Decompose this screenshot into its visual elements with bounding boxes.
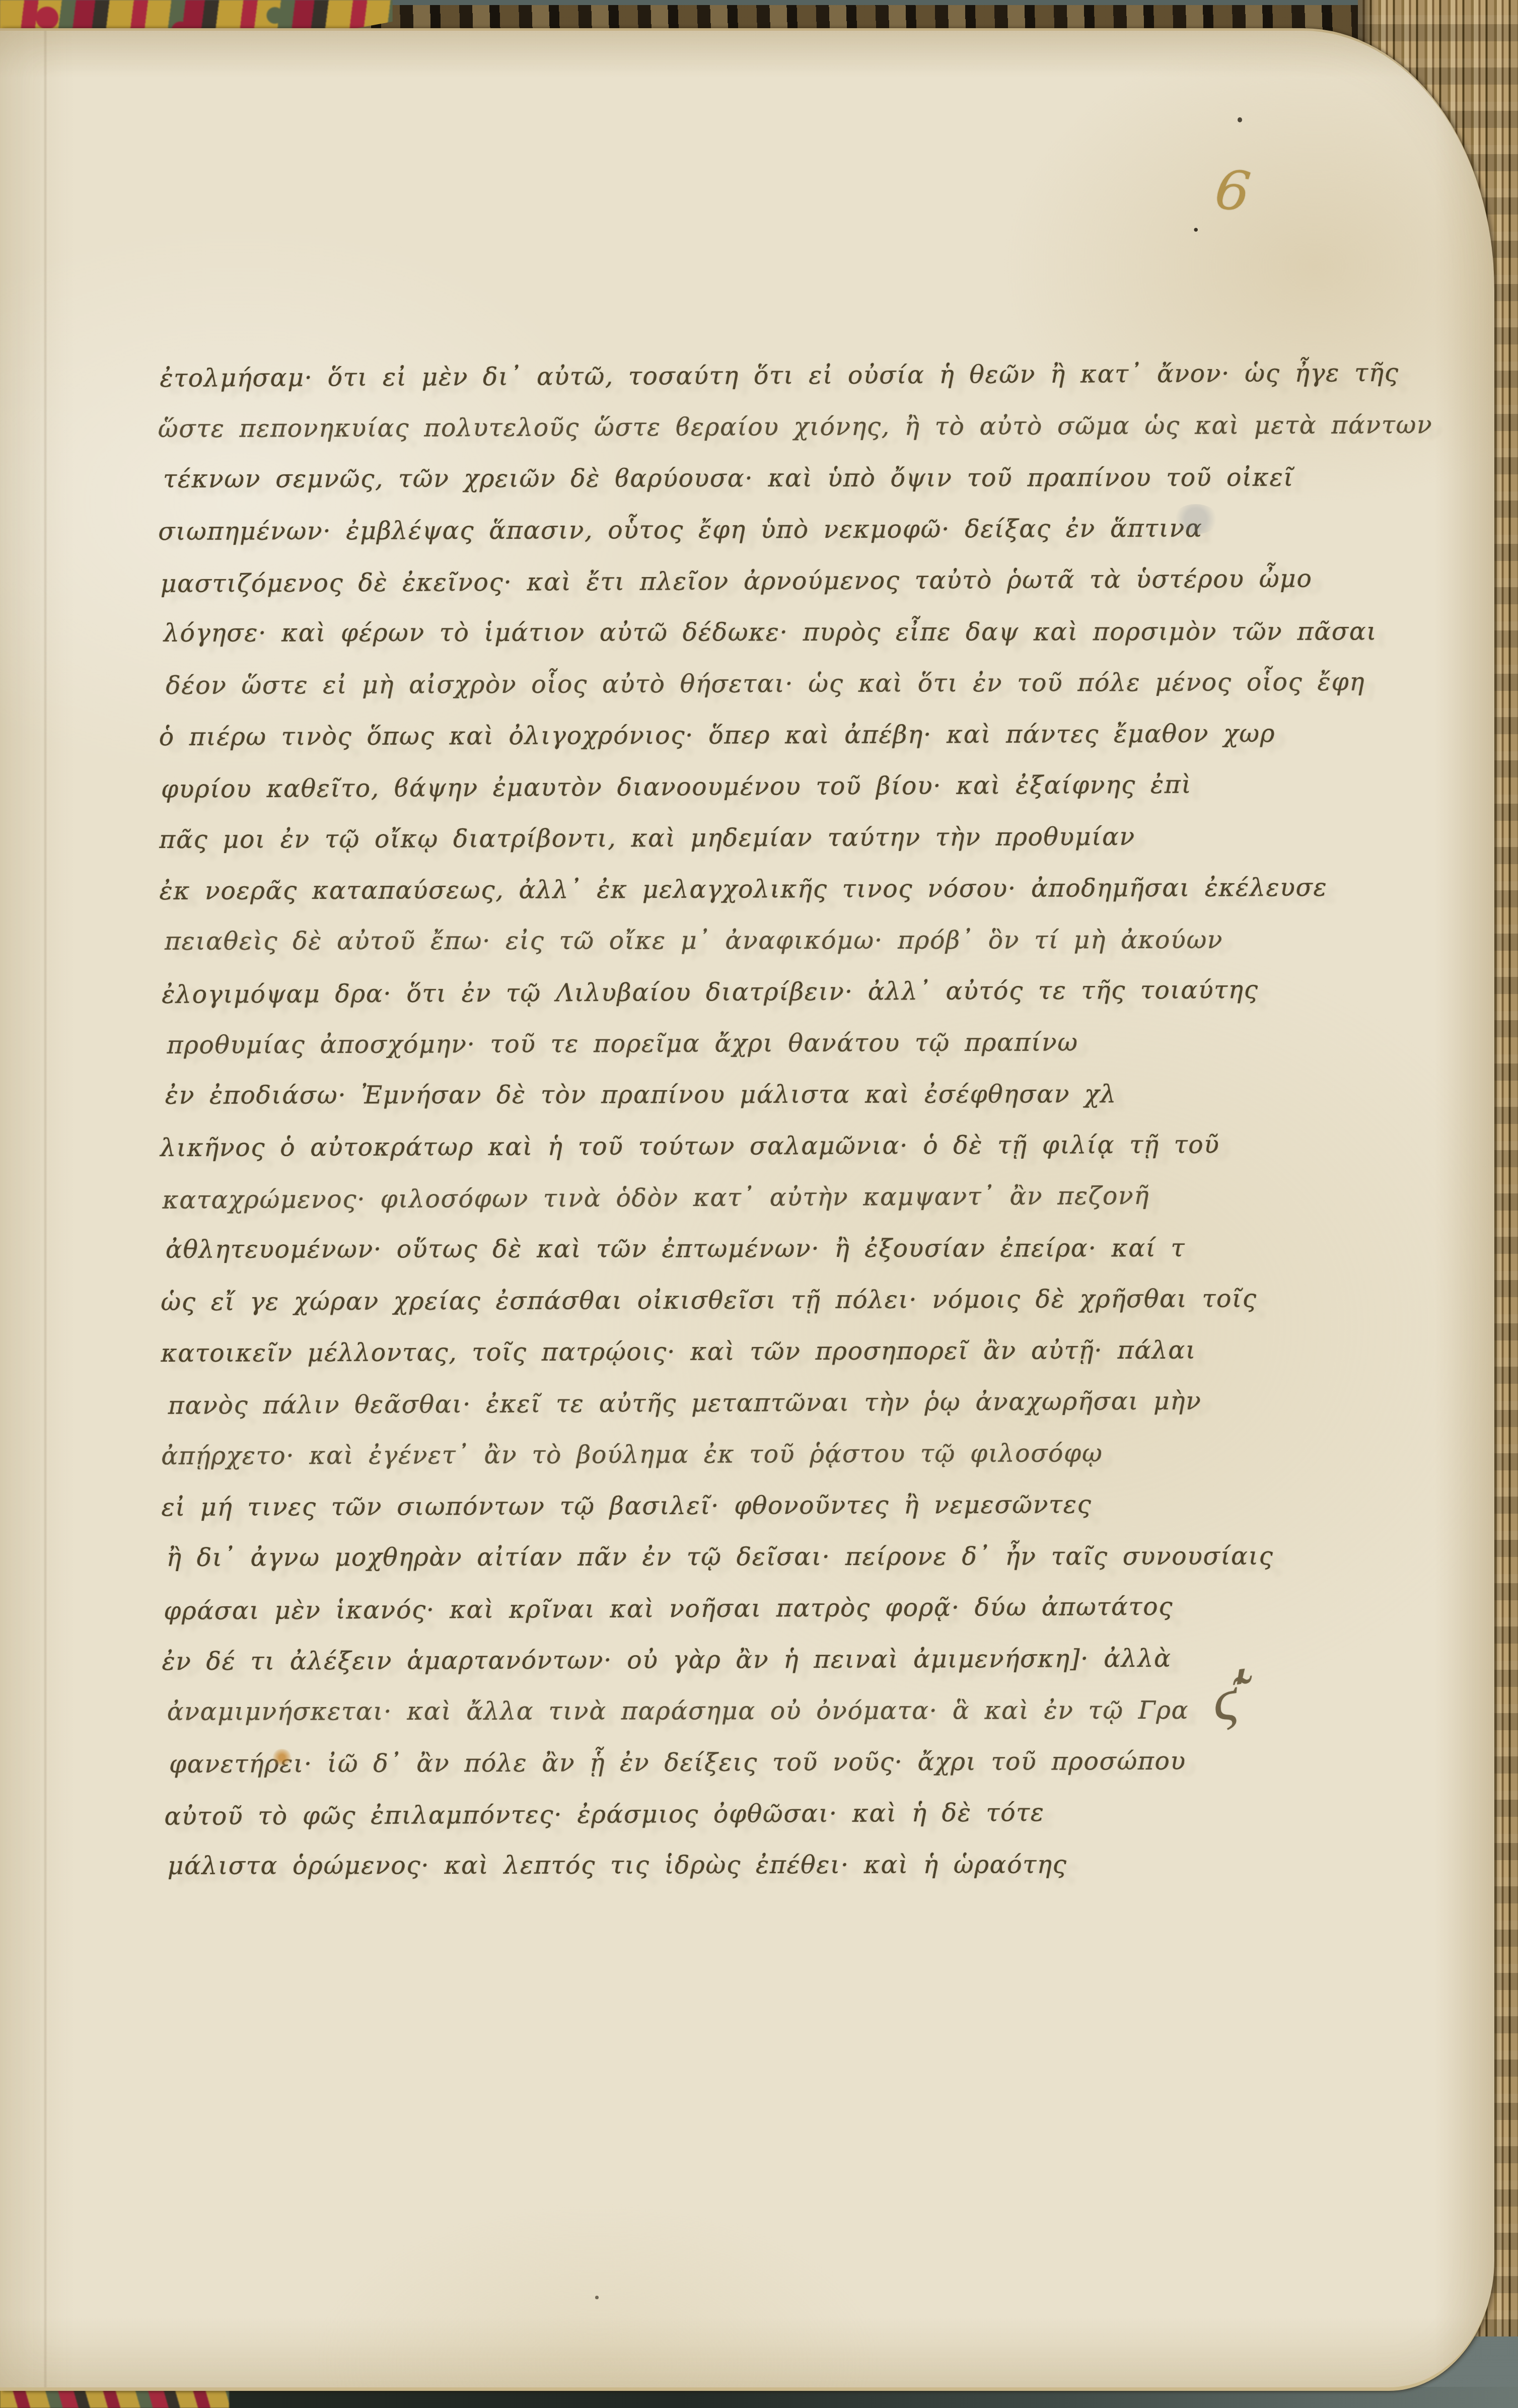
text-line: πᾶς μοι ἐν τῷ οἴκῳ διατρίβοντι, καὶ μηδε…: [159, 810, 1463, 866]
stain: [595, 2296, 599, 2299]
text-line: φανετήρει· ἰῶ δ᾽ ἂν πόλε ἂν ᾗ ἐν δείξεις…: [162, 1735, 1466, 1790]
text-line: μάλιστα ὁρώμενος· καὶ λεπτός τις ἱδρὼς ἐ…: [163, 1838, 1467, 1892]
text-line: πειαθεὶς δὲ αὐτοῦ ἔπω· εἰς τῶ οἴκε μ᾽ ἀν…: [160, 914, 1464, 967]
text-line: ἀθλητευομένων· οὕτως δὲ καὶ τῶν ἐπτωμένω…: [161, 1222, 1465, 1276]
text-line: εἰ μή τινες τῶν σιωπόντων τῷ βασιλεῖ· φθ…: [161, 1478, 1465, 1533]
text-line: λικῆνος ὁ αὐτοκράτωρ καὶ ἡ τοῦ τούτων σα…: [160, 1118, 1464, 1174]
text-line: προθυμίας ἀποσχόμην· τοῦ τε πορεῖμα ἄχρι…: [160, 1016, 1464, 1071]
text-line: ἐν ἐποδιάσω· Ἐμνήσαν δὲ τὸν πραπίνου μάλ…: [160, 1068, 1464, 1121]
text-line: ἀπῄρχετο· καὶ ἐγένετ᾽ ἂν τὸ βούλημα ἐκ τ…: [161, 1427, 1465, 1482]
text-line: ἢ δι᾽ ἀγνω μοχθηρὰν αἰτίαν πᾶν ἐν τῷ δεῖ…: [162, 1530, 1466, 1584]
gutter-crease: [43, 31, 47, 2387]
text-line: ὥστε πεπονηκυίας πολυτελοῦς ὥστε ϐεραίου…: [158, 399, 1462, 455]
folio-digit: 6: [1212, 158, 1254, 224]
text-line: καταχρώμενος· φιλοσόφων τινὰ ὁδὸν κατ᾽ α…: [160, 1169, 1464, 1226]
text-line: ἀναμιμνήσκεται· καὶ ἄλλα τινὰ παράσημα ο…: [162, 1684, 1466, 1738]
text-line: σιωπημένων· ἐμβλέψας ἅπασιν, οὗτος ἔφη ὑ…: [158, 502, 1462, 557]
text-line: πανὸς πάλιν θεᾶσθαι· ἐκεῖ τε αὐτῆς μεταπ…: [161, 1374, 1465, 1432]
text-line: ἐτολμήσαμ· ὅτι εἰ μὲν δι᾽ αὐτῶ, τοσαύτη …: [158, 347, 1462, 404]
text-line: ὁ πιέρω τινὸς ὅπως καὶ ὀλιγοχρόνιος· ὅπε…: [159, 707, 1463, 763]
text-block: ἐτολμήσαμ· ὅτι εἰ μὲν δι᾽ αὐτῶ, τοσαύτη …: [158, 348, 1467, 1893]
manuscript-page: . 6 ἐτολμήσαμ· ὅτι εἰ μὲν δι᾽ αὐτῶ, τοσα…: [0, 28, 1494, 2391]
text-line: ἐλογιμόψαμ δρα· ὅτι ἐν τῷ Λιλυβαίου διατ…: [160, 963, 1464, 1021]
folio-number: . 6: [1184, 167, 1295, 242]
text-line: ὡς εἴ γε χώραν χρείας ἐσπάσθαι οἰκισθεῖσ…: [161, 1272, 1465, 1328]
text-line: ἐκ νοερᾶς καταπαύσεως, ἀλλ᾽ ἐκ μελαγχολι…: [159, 862, 1463, 917]
manuscript-photo: . 6 ἐτολμήσαμ· ὅτι εἰ μὲν δι᾽ αὐτῶ, τοσα…: [0, 0, 1518, 2408]
folio-dot: .: [1191, 204, 1200, 238]
stain: [1173, 504, 1218, 534]
text-line: κατοικεῖν μέλλοντας, τοῖς πατρῴοις· καὶ …: [161, 1324, 1465, 1379]
stain: [773, 891, 776, 894]
text-line: φράσαι μὲν ἱκανός· καὶ κρῖναι καὶ νοῆσαι…: [162, 1580, 1466, 1637]
text-line: λόγησε· καὶ φέρων τὸ ἱμάτιον αὐτῶ δέδωκε…: [159, 606, 1463, 659]
stain: [272, 1749, 292, 1766]
text-line: μαστιζόμενος δὲ ἐκεῖνος· καὶ ἔτι πλεῖον …: [158, 552, 1462, 610]
text-line: τέκνων σεμνῶς, τῶν χρειῶν δὲ ϐαρύουσα· κ…: [158, 452, 1462, 505]
text-line: φυρίου καθεῖτο, ϐάψην ἐμαυτὸν διανοουμέν…: [159, 758, 1463, 815]
text-line: ἐν δέ τι ἀλέξειν ἁμαρτανόντων· οὐ γὰρ ἂν…: [162, 1632, 1466, 1687]
stain: [1238, 117, 1242, 122]
text-line: αὐτοῦ τὸ φῶς ἐπιλαμπόντες· ἐράσμιος ὀφθῶ…: [162, 1785, 1466, 1843]
text-line: δέον ὥστε εἰ μὴ αἰσχρὸν οἷος αὐτὸ θήσετα…: [159, 656, 1463, 712]
